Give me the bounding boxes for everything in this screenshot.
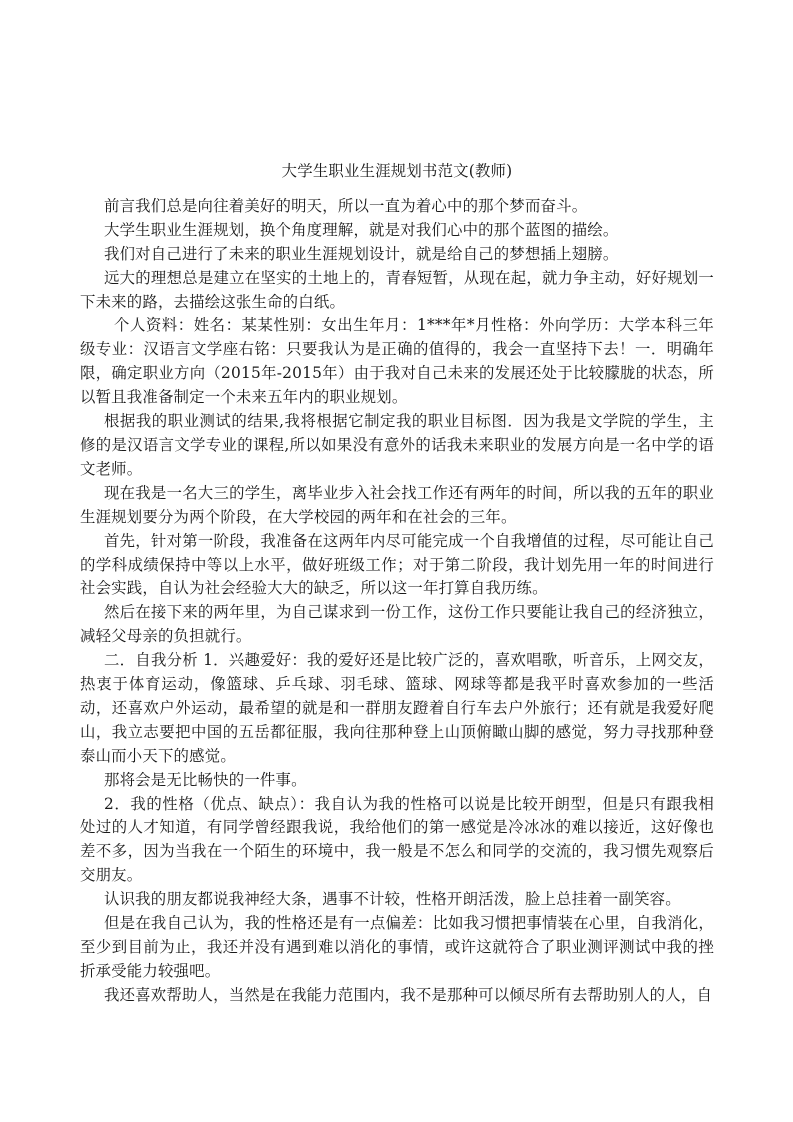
paragraph-personality-flaw: 但是在我自己认为，我的性格还是有一点偏差：比如我习惯把事情装在心里，自我消化，至… (80, 912, 714, 984)
paragraph-next-two-years: 然后在接下来的两年里，为自己谋求到一份工作，这份工作只要能让我自己的经济独立，减… (80, 601, 714, 649)
paragraph-helping-others: 我还喜欢帮助人，当然是在我能力范围内，我不是那种可以倾尽所有去帮助别人的人，自 (80, 984, 714, 1008)
paragraph-preface: 前言我们总是向往着美好的明天，所以一直为着心中的那个梦而奋斗。 (80, 195, 714, 219)
paragraph-career-test: 根据我的职业测试的结果,我将根据它制定我的职业目标图．因为我是文学院的学生，主修… (80, 410, 714, 482)
paragraph-personal-info: 个人资料：姓名：某某性别：女出生年月：1***年*月性格：外向学历：大学本科三年… (80, 314, 714, 410)
paragraph-personality: 2．我的性格（优点、缺点）：我自认为我的性格可以说是比较开朗型，但是只有跟我相处… (80, 793, 714, 889)
paragraph-friends-say: 认识我的朋友都说我神经大条，遇事不计较，性格开朗活泼，脸上总挂着一副笑容。 (80, 888, 714, 912)
paragraph-first-stage: 首先，针对第一阶段，我准备在这两年内尽可能完成一个自我增值的过程，尽可能让自己的… (80, 530, 714, 602)
document-title: 大学生职业生涯规划书范文(教师) (80, 160, 714, 184)
paragraph-joyful: 那将会是无比畅快的一件事。 (80, 769, 714, 793)
paragraph-two-stages: 现在我是一名大三的学生，离毕业步入社会找工作还有两年的时间，所以我的五年的职业生… (80, 482, 714, 530)
paragraph-ideals: 远大的理想总是建立在坚实的土地上的，青春短暂，从现在起，就力争主动，好好规划一下… (80, 267, 714, 315)
document-page: 大学生职业生涯规划书范文(教师) 前言我们总是向往着美好的明天，所以一直为着心中… (80, 160, 714, 1008)
paragraph-self-analysis-hobbies: 二．自我分析 1．兴趣爱好：我的爱好还是比较广泛的，喜欢唱歌，听音乐，上网交友，… (80, 649, 714, 769)
paragraph-career-plan-meaning: 大学生职业生涯规划，换个角度理解，就是对我们心中的那个蓝图的描绘。 (80, 219, 714, 243)
paragraph-dream-wings: 我们对自己进行了未来的职业生涯规划设计，就是给自己的梦想插上翅膀。 (80, 243, 714, 267)
